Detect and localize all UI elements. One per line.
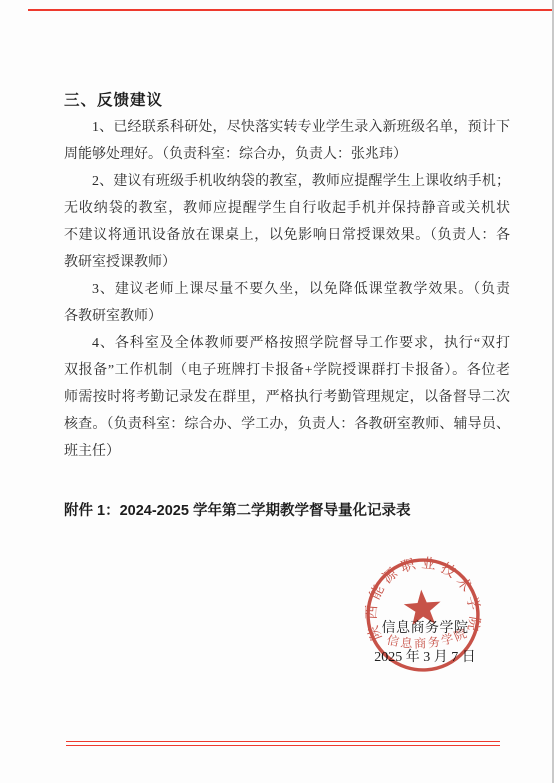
paragraph-1-line: 周能够处理好。（负责科室：综合办，负责人：张兆玮） [64, 141, 510, 168]
paragraph-4-line: 师需按时将考勤记录发在群里，严格执行考勤管理规定，以备督导二次 [64, 384, 510, 411]
paragraph-2-line: 不建议将通讯设备放在课桌上，以免影响日常授课效果。（负责人：各 [64, 222, 510, 249]
paragraph-3-line: 各教研室教师） [64, 303, 510, 330]
paragraph-4-line: 班主任） [64, 438, 510, 465]
seal-bottom-text: 信息商务学院 [384, 626, 469, 653]
paragraph-2-line: 无收纳袋的教室，教师应提醒学生自行收起手机并保持静音或关机状态， [64, 195, 510, 222]
paragraph-1-line: 1、已经联系科研处，尽快落实转专业学生录入新班级名单，预计下 [64, 114, 510, 141]
paragraph-2-line: 教研室授课教师） [64, 249, 510, 276]
paragraph-4-line: 核查。（负责科室：综合办、学工办，负责人：各教研室教师、辅导员、 [64, 411, 510, 438]
attachment-line: 附件 1：2024-2025 学年第二学期教学督导量化记录表 [64, 498, 510, 525]
paragraph-3-line: 3、建议老师上课尽量不要久坐，以免降低课堂教学效果。（负责人： [64, 276, 510, 303]
section-heading: 三、反馈建议 [64, 87, 510, 114]
official-seal: 陕西能源职业技术学院 信息商务学院 [360, 552, 486, 678]
top-red-rule [28, 9, 554, 11]
body-text: 三、反馈建议 1、已经联系科研处，尽快落实转专业学生录入新班级名单，预计下 周能… [64, 87, 510, 525]
document-page: 三、反馈建议 1、已经联系科研处，尽快落实转专业学生录入新班级名单，预计下 周能… [0, 0, 554, 783]
bottom-red-rule [66, 741, 500, 746]
paragraph-2-line: 2、建议有班级手机收纳袋的教室，教师应提醒学生上课收纳手机； [64, 168, 510, 195]
seal-bottom-text-wrap: 信息商务学院 [384, 626, 469, 653]
paragraph-4-line: 双报备”工作机制（电子班牌打卡报备+学院授课群打卡报备）。各位老 [64, 357, 510, 384]
star-icon [403, 588, 442, 625]
paragraph-4-line: 4、各科室及全体教师要严格按照学院督导工作要求，执行“双打卡、 [64, 330, 510, 357]
